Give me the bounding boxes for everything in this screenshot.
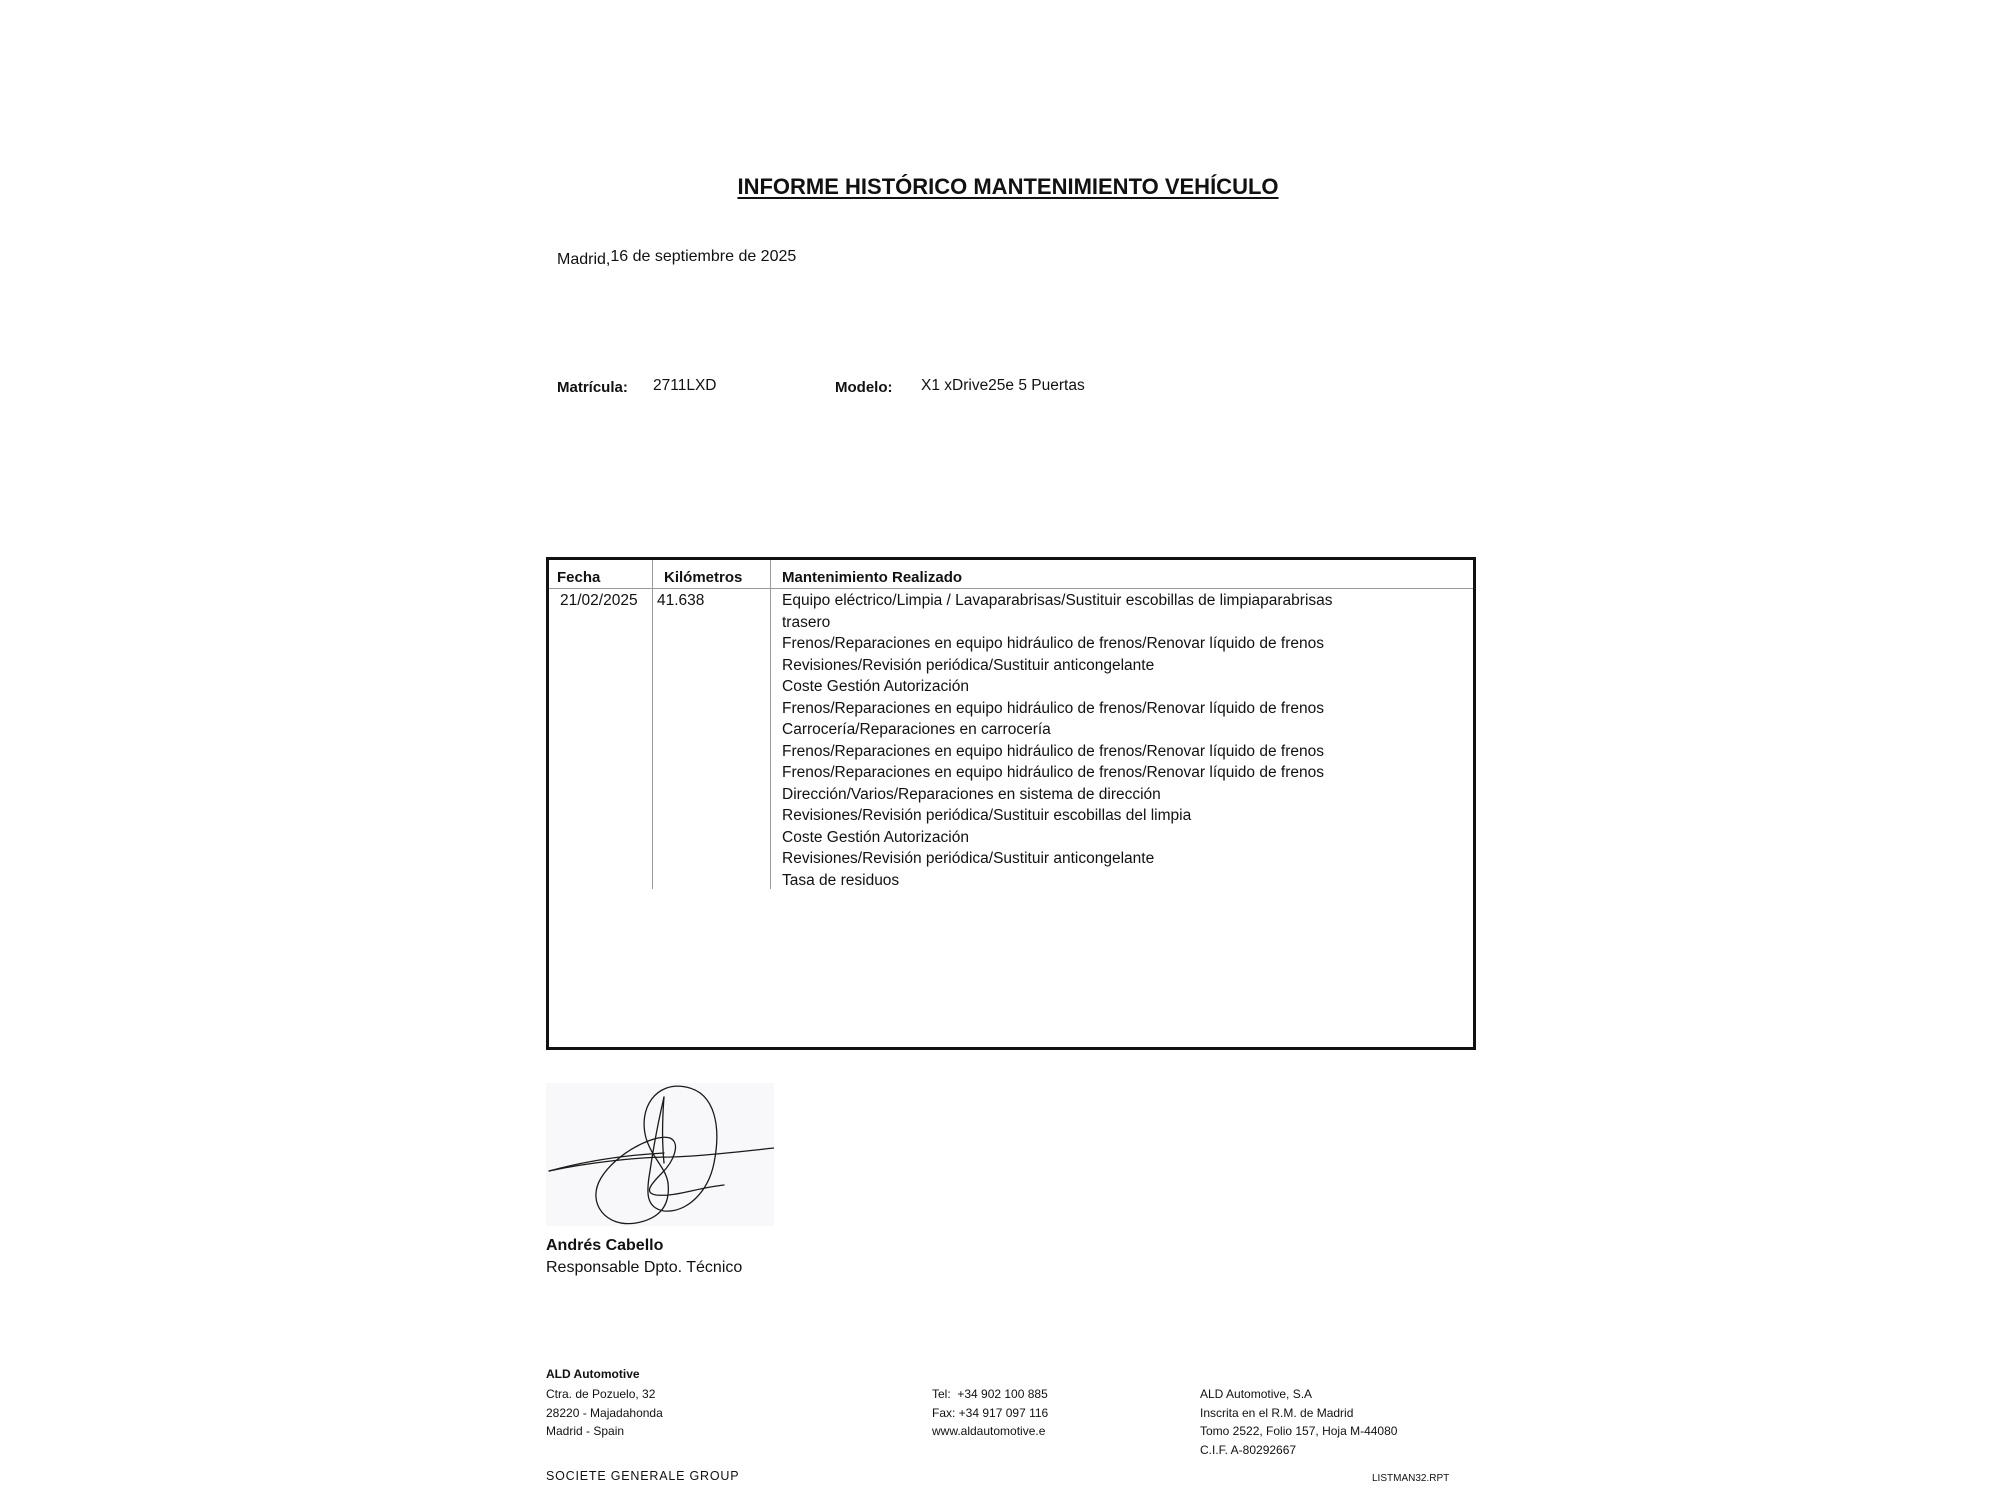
column-header-mantenimiento: Mantenimiento Realizado — [782, 569, 962, 586]
footer-contact: Tel: +34 902 100 885 Fax: +34 917 097 11… — [932, 1385, 1048, 1441]
legal-line: C.I.F. A-80292667 — [1200, 1441, 1397, 1460]
maintenance-item: Coste Gestión Autorización — [782, 676, 1462, 698]
signer-role: Responsable Dpto. Técnico — [546, 1259, 742, 1277]
maintenance-item: Revisiones/Revisión periódica/Sustituir … — [782, 655, 1462, 677]
phone: Tel: +34 902 100 885 — [932, 1385, 1048, 1404]
document-title: INFORME HISTÓRICO MANTENIMIENTO VEHÍCULO — [0, 174, 2000, 200]
table-header-divider — [549, 588, 1473, 589]
plate-value: 2711LXD — [653, 377, 716, 395]
address-line: Madrid - Spain — [546, 1422, 663, 1441]
row-fecha: 21/02/2025 — [560, 590, 638, 612]
maintenance-item: Carrocería/Reparaciones en carrocería — [782, 719, 1462, 741]
model-label: Modelo: — [835, 379, 893, 396]
column-header-fecha: Fecha — [557, 569, 600, 586]
footer-legal: ALD Automotive, S.A Inscrita en el R.M. … — [1200, 1385, 1397, 1459]
legal-line: Inscrita en el R.M. de Madrid — [1200, 1404, 1397, 1423]
legal-line: Tomo 2522, Folio 157, Hoja M-44080 — [1200, 1422, 1397, 1441]
maintenance-item: Frenos/Reparaciones en equipo hidráulico… — [782, 698, 1462, 720]
group-logo-text: SOCIETE GENERALE GROUP — [546, 1469, 739, 1483]
place: Madrid, — [557, 251, 610, 268]
fax: Fax: +34 917 097 116 — [932, 1404, 1048, 1423]
maintenance-item: Dirección/Varios/Reparaciones en sistema… — [782, 784, 1462, 806]
maintenance-item: Revisiones/Revisión periódica/Sustituir … — [782, 848, 1462, 870]
row-kilometros: 41.638 — [657, 590, 704, 612]
footer-address: Ctra. de Pozuelo, 32 28220 - Majadahonda… — [546, 1385, 663, 1441]
signature-image — [546, 1083, 774, 1226]
row-mantenimiento: Equipo eléctrico/Limpia / Lavaparabrisas… — [782, 590, 1462, 891]
maintenance-item: Equipo eléctrico/Limpia / Lavaparabrisas… — [782, 590, 1462, 612]
maintenance-item: Frenos/Reparaciones en equipo hidráulico… — [782, 741, 1462, 763]
place-date: Madrid,16 de septiembre de 2025 — [557, 248, 796, 266]
maintenance-item: Frenos/Reparaciones en equipo hidráulico… — [782, 762, 1462, 784]
address-line: 28220 - Majadahonda — [546, 1404, 663, 1423]
model-value: X1 xDrive25e 5 Puertas — [921, 377, 1085, 395]
maintenance-item: trasero — [782, 612, 1462, 634]
plate-label: Matrícula: — [557, 379, 628, 396]
website-link[interactable]: www.aldautomotive.e — [932, 1422, 1048, 1441]
address-line: Ctra. de Pozuelo, 32 — [546, 1385, 663, 1404]
report-date: 16 de septiembre de 2025 — [610, 248, 796, 265]
signer-name: Andrés Cabello — [546, 1237, 663, 1255]
signature-scribble-icon — [546, 1083, 774, 1226]
legal-line: ALD Automotive, S.A — [1200, 1385, 1397, 1404]
column-divider — [652, 560, 653, 889]
maintenance-item: Coste Gestión Autorización — [782, 827, 1462, 849]
column-header-kilometros: Kilómetros — [664, 569, 742, 586]
maintenance-item: Revisiones/Revisión periódica/Sustituir … — [782, 805, 1462, 827]
maintenance-item: Tasa de residuos — [782, 870, 1462, 892]
maintenance-item: Frenos/Reparaciones en equipo hidráulico… — [782, 633, 1462, 655]
footer-company-name: ALD Automotive — [546, 1367, 640, 1381]
column-divider — [770, 560, 771, 889]
report-code: LISTMAN32.RPT — [1372, 1473, 1449, 1484]
